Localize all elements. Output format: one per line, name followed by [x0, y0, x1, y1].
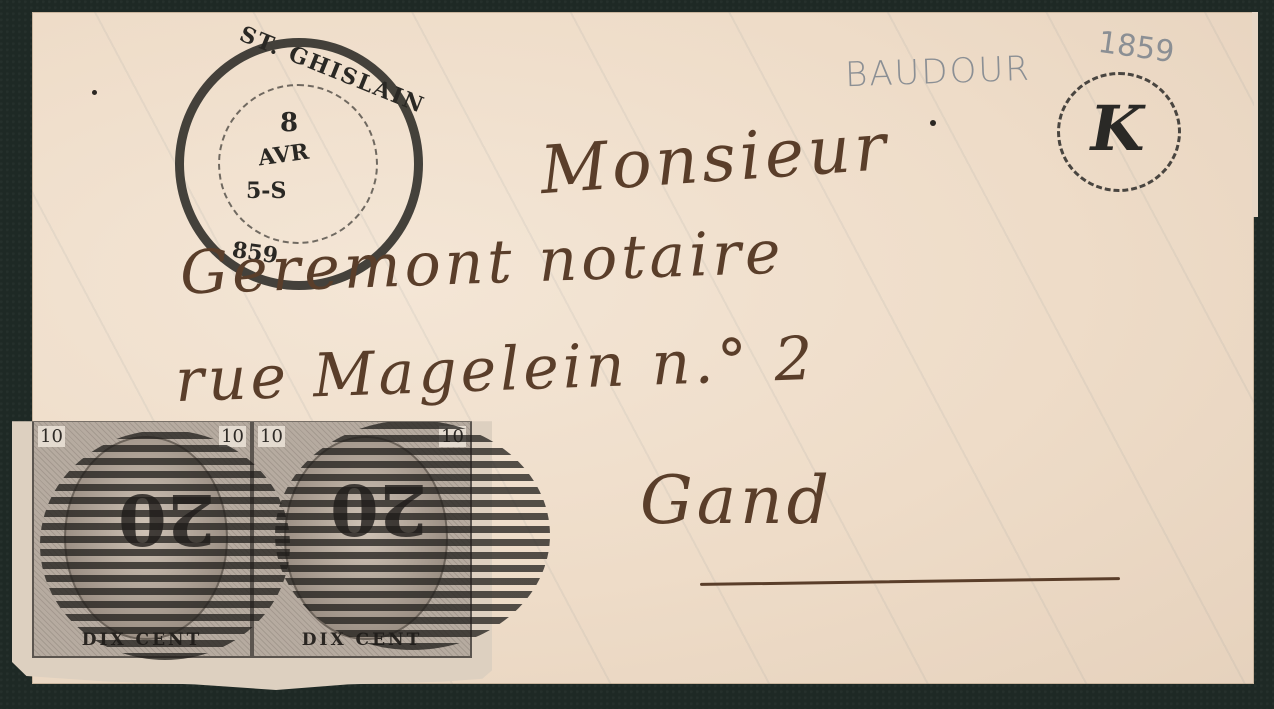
- postmark-time: 5-S: [246, 178, 286, 204]
- ink-dot: [92, 90, 97, 95]
- postmark-day: 8: [280, 108, 298, 138]
- stamp-value-left: 10: [258, 426, 285, 447]
- cancel-number-left: 20: [118, 478, 215, 561]
- cover-edge-flap: [1252, 12, 1258, 217]
- pencil-annotation-name: BAUDOUR: [844, 49, 1031, 95]
- ink-dot: [930, 120, 936, 126]
- address-line-4: Gand: [640, 462, 833, 539]
- cancel-number-right: 20: [330, 468, 427, 551]
- stamp-value-left: 10: [38, 426, 65, 447]
